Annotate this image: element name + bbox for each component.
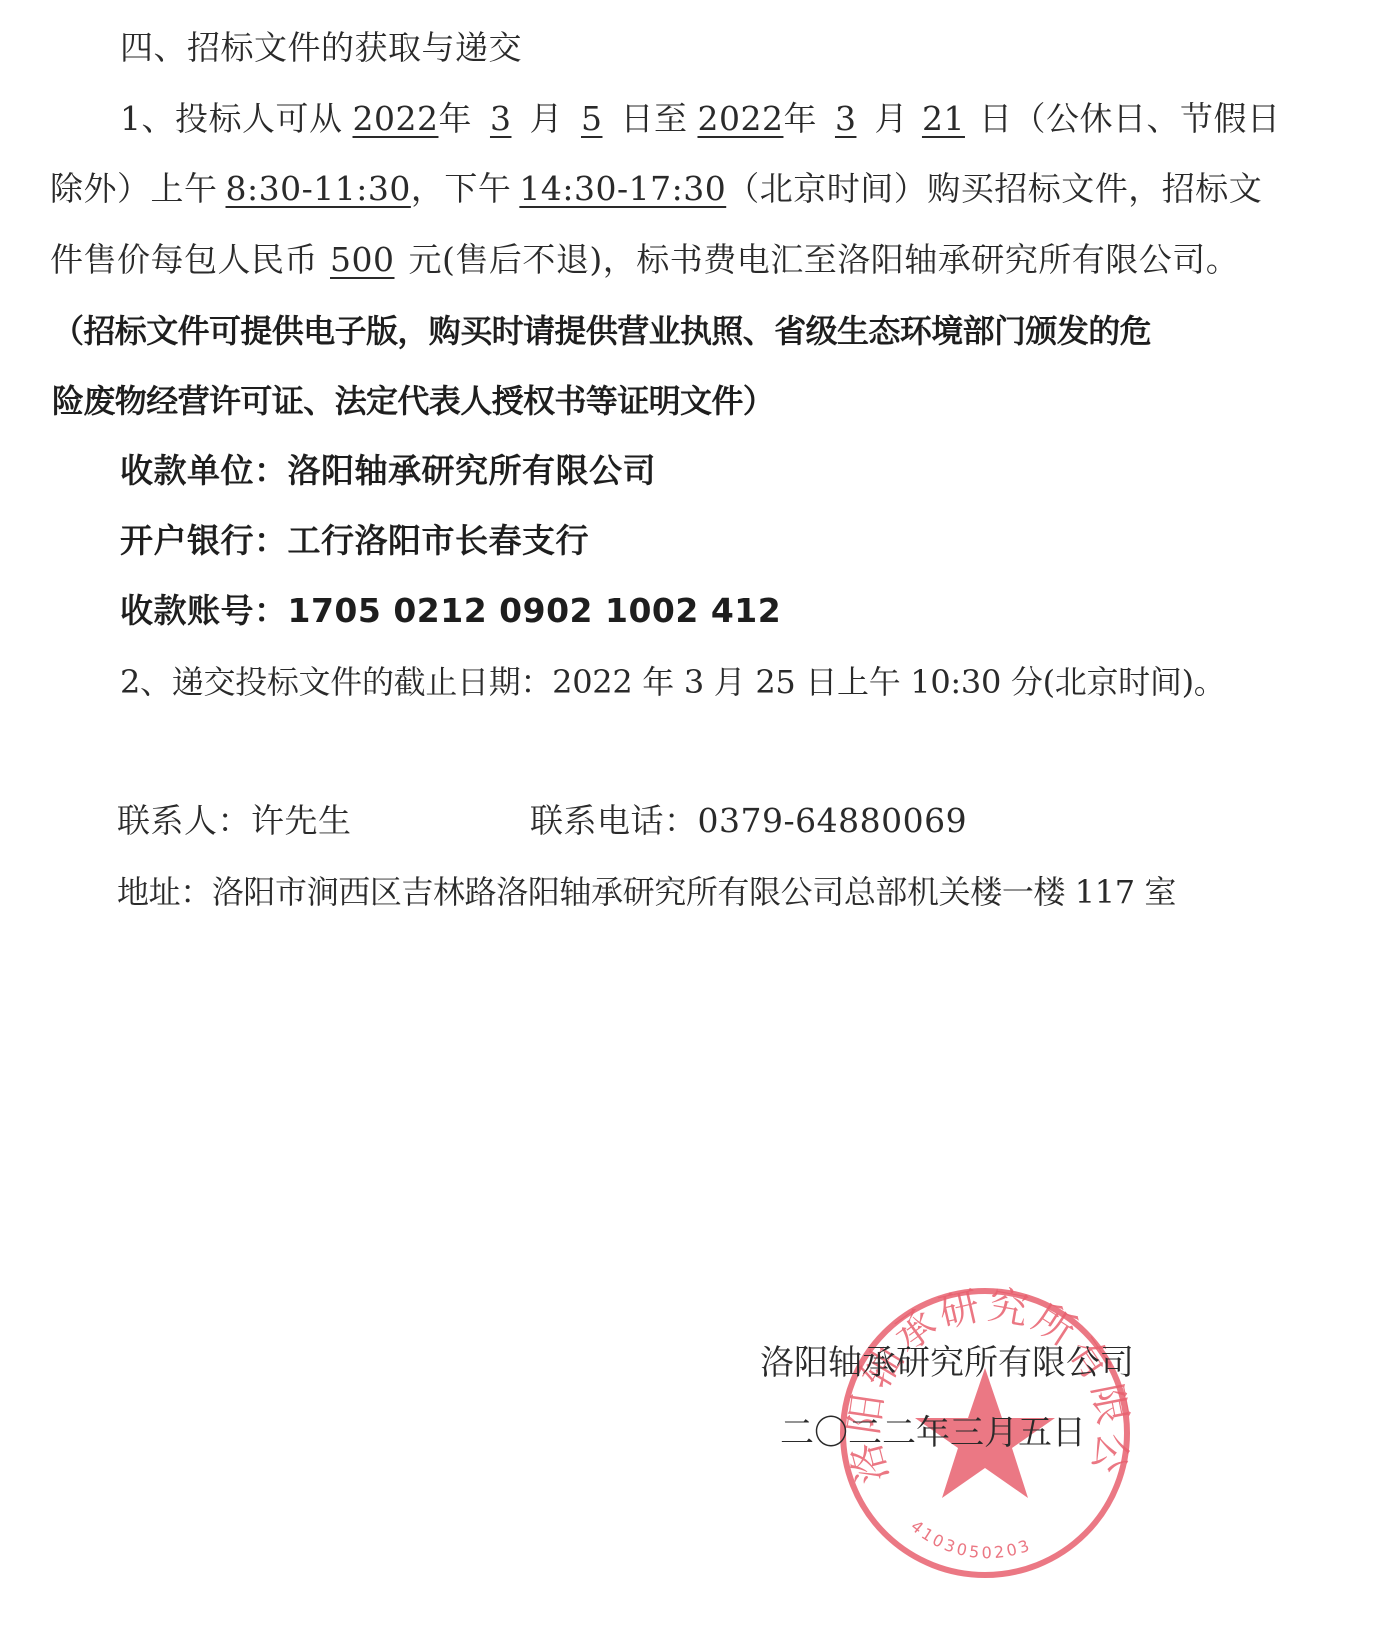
- bank-label: 开户银行：: [120, 521, 288, 560]
- end-day: 21: [908, 99, 979, 139]
- item1-line1: 1、投标人可从2022年3月5日至2022年3月21日（公休日、节假日: [120, 99, 1280, 139]
- section-heading: 四、招标文件的获取与递交: [120, 28, 522, 68]
- start-month: 3: [472, 99, 530, 139]
- contact-address: 地址：洛阳市涧西区吉林路洛阳轴承研究所有限公司总部机关楼一楼 117 室: [117, 872, 1176, 912]
- item1-line2: 除外）上午8:30-11:30，下午14:30-17:30（北京时间）购买招标文…: [50, 169, 1262, 209]
- year-char: 年: [438, 99, 472, 138]
- purchase-text: （北京时间）购买招标文件，招标文: [726, 169, 1262, 208]
- month-char: 月: [529, 99, 563, 138]
- price-value: 500: [330, 240, 409, 280]
- contact-person-label: 联系人：: [117, 801, 251, 840]
- account-label: 收款账号：: [120, 591, 288, 630]
- holiday-note-b: 除外）上午: [50, 169, 218, 208]
- item2-deadline: 2、递交投标文件的截止日期：2022 年 3 月 25 日上午 10:30 分(…: [120, 662, 1225, 702]
- account-row: 收款账号：1705 0212 0902 1002 412: [120, 591, 781, 631]
- payee-row: 收款单位：洛阳轴承研究所有限公司: [120, 451, 656, 491]
- afternoon-label: ，下午: [411, 169, 512, 208]
- price-text-a: 件售价每包人民币: [50, 240, 318, 279]
- contact-phone: 联系电话：0379-64880069: [530, 801, 967, 841]
- contact-person-value: 许先生: [251, 801, 352, 840]
- end-month: 3: [817, 99, 875, 139]
- item1-prefix: 1、投标人可从: [120, 99, 343, 138]
- morning-hours: 8:30-11:30: [226, 169, 411, 209]
- bank-row: 开户银行：工行洛阳市长春支行: [120, 521, 589, 561]
- afternoon-hours: 14:30-17:30: [519, 169, 726, 209]
- address-label: 地址：: [117, 873, 212, 911]
- price-text-b: 元(售后不退)，标书费电汇至洛阳轴承研究所有限公司。: [409, 240, 1240, 279]
- day-to: 日至: [620, 99, 687, 138]
- bank-value: 工行洛阳市长春支行: [288, 521, 590, 560]
- year-char-2: 年: [783, 99, 817, 138]
- month-char-2: 月: [874, 99, 908, 138]
- contact-phone-value: 0379-64880069: [698, 801, 968, 840]
- signature-date: 二〇二二年三月五日: [780, 1413, 1086, 1453]
- signature-company: 洛阳轴承研究所有限公司: [760, 1343, 1134, 1383]
- bold-note-line1: （招标文件可提供电子版，购买时请提供营业执照、省级生态环境部门颁发的危: [52, 311, 1151, 351]
- contact-phone-label: 联系电话：: [530, 801, 698, 840]
- start-day: 5: [563, 99, 621, 139]
- seal-code: 4103050203: [907, 1516, 1034, 1562]
- start-year: 2022: [353, 99, 439, 139]
- address-value: 洛阳市涧西区吉林路洛阳轴承研究所有限公司总部机关楼一楼 117 室: [212, 873, 1176, 911]
- end-year: 2022: [697, 99, 783, 139]
- contact-person: 联系人：许先生: [117, 801, 352, 841]
- account-value: 1705 0212 0902 1002 412: [288, 591, 782, 630]
- svg-text:4103050203: 4103050203: [907, 1516, 1034, 1562]
- holiday-note-a: （公休日、节假日: [1012, 99, 1280, 138]
- payee-label: 收款单位：: [120, 451, 288, 490]
- day-char: 日: [979, 99, 1013, 138]
- bold-note-line2: 险废物经营许可证、法定代表人授权书等证明文件）: [52, 381, 774, 421]
- item1-line3: 件售价每包人民币500元(售后不退)，标书费电汇至洛阳轴承研究所有限公司。: [50, 240, 1239, 280]
- payee-value: 洛阳轴承研究所有限公司: [288, 451, 657, 490]
